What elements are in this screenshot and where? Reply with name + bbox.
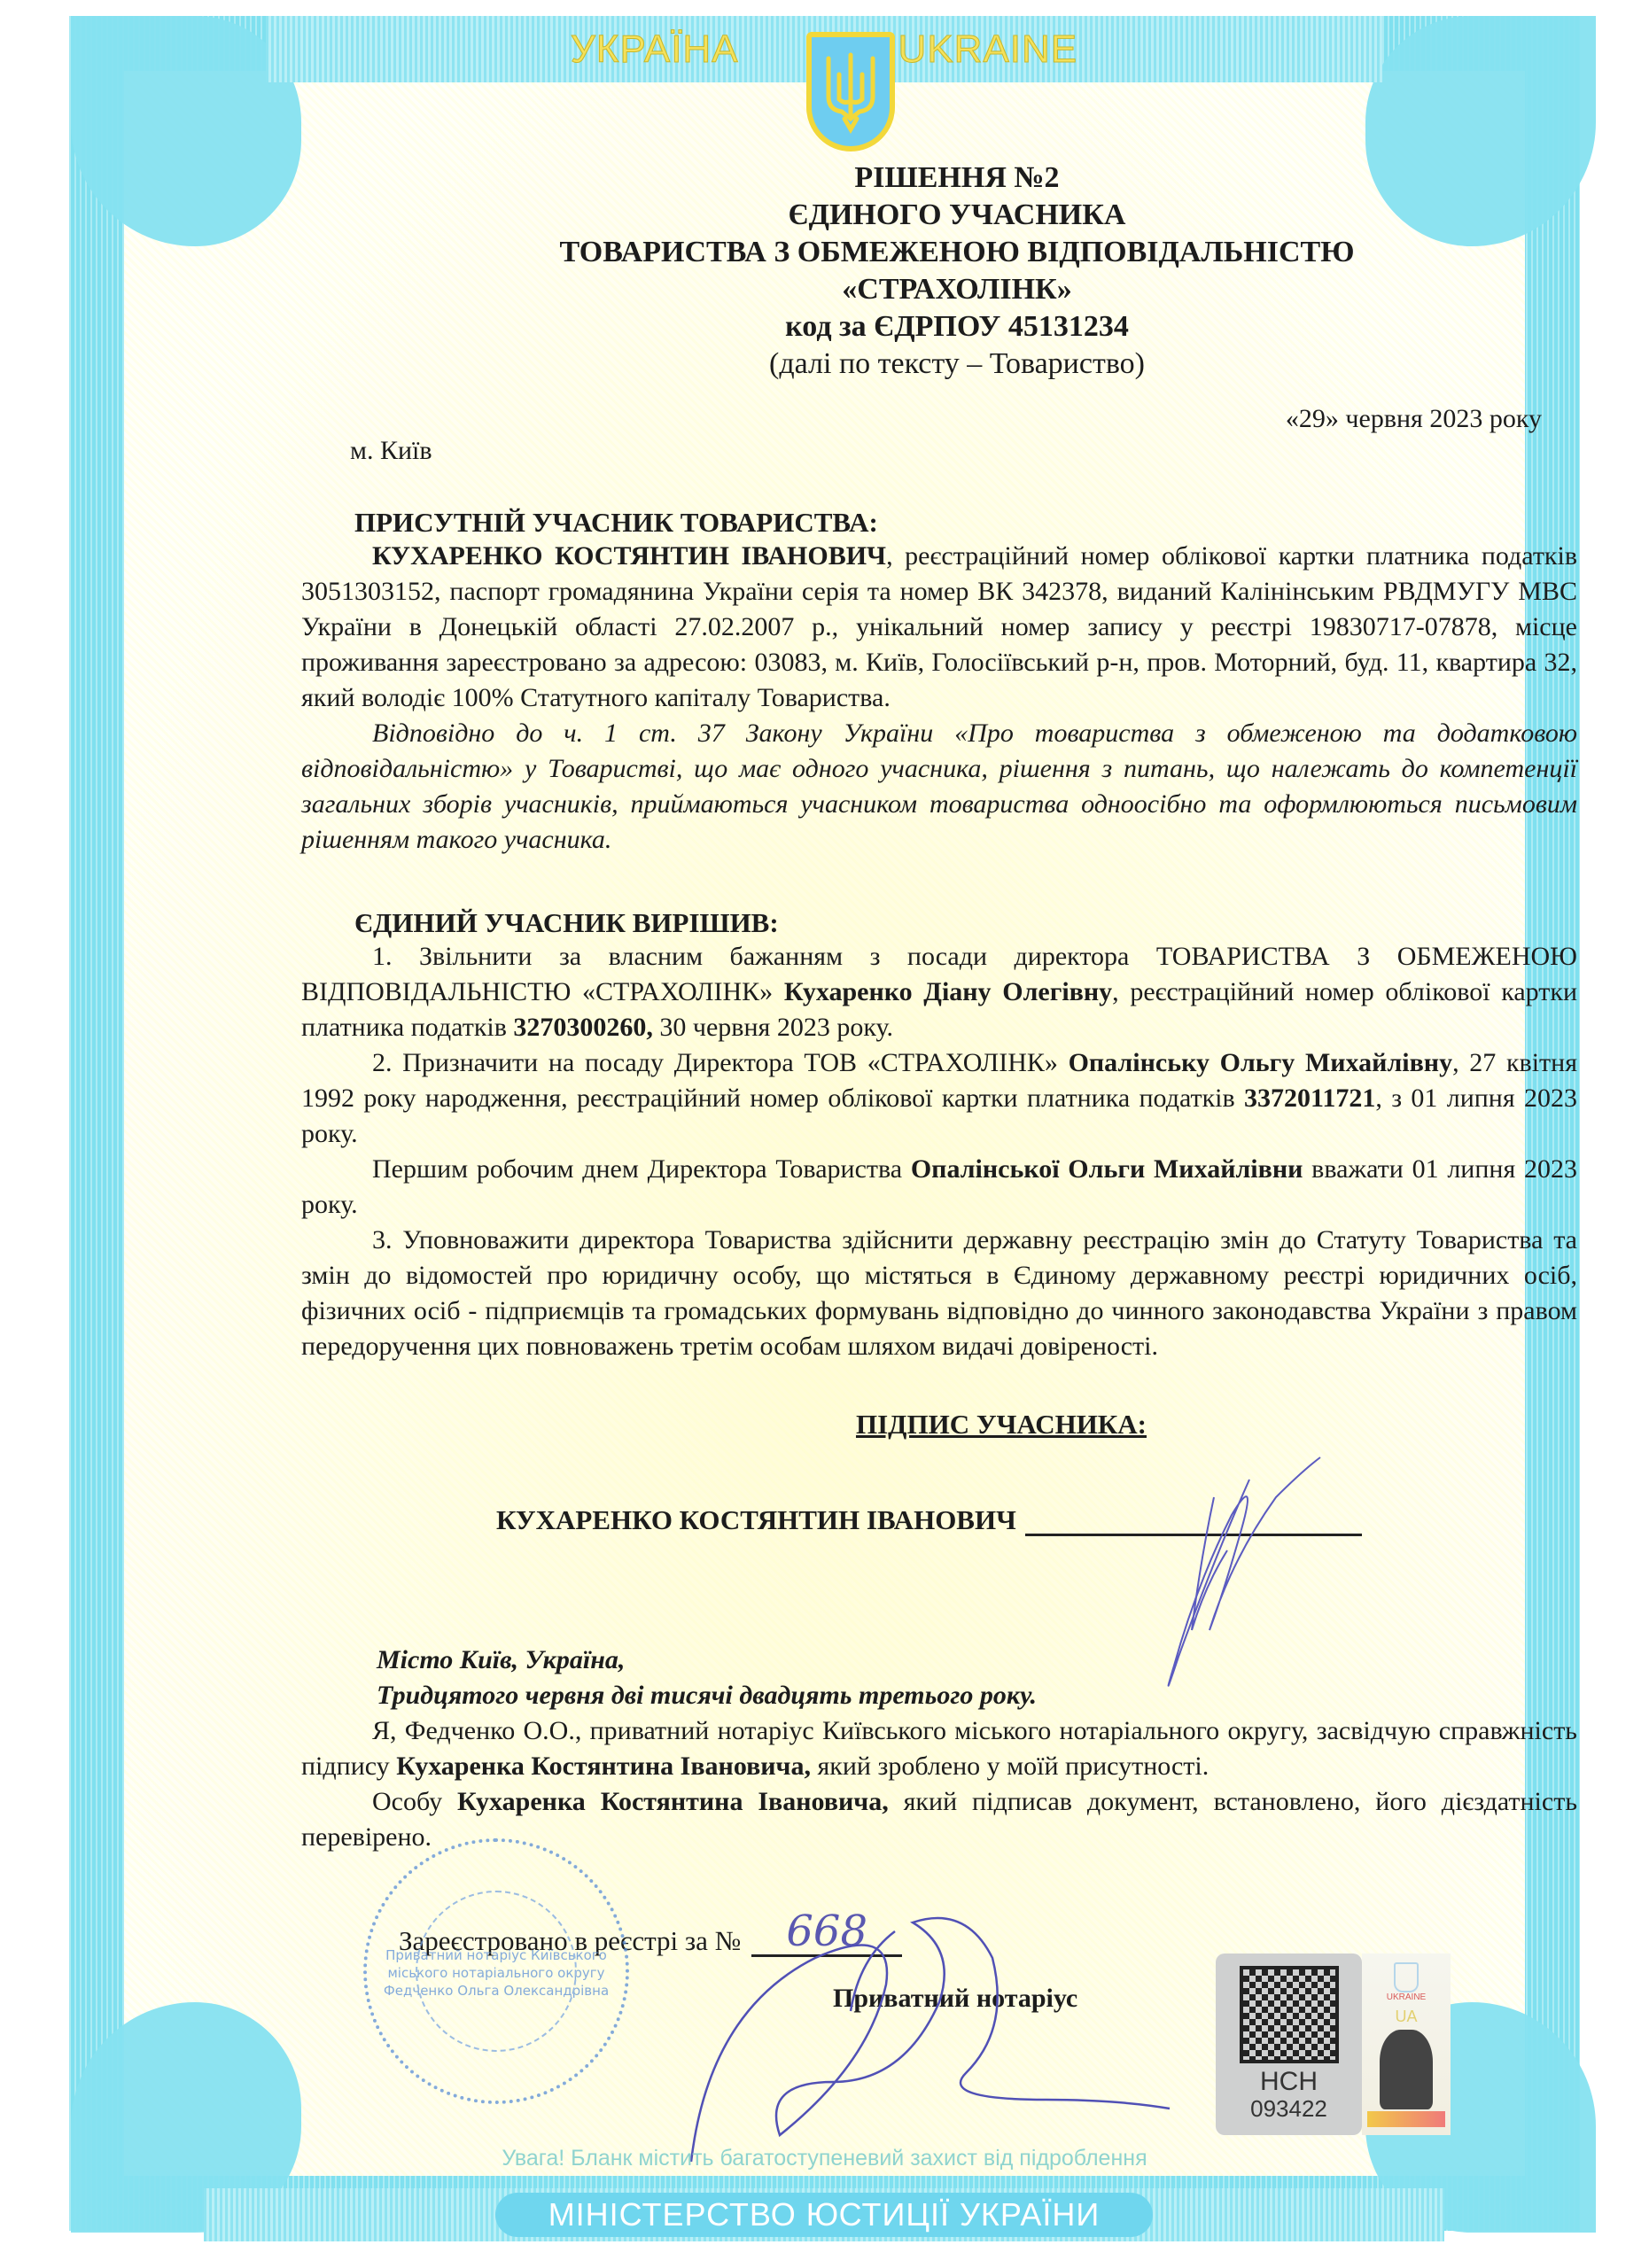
registry-number: 668 [751, 1908, 902, 1957]
appointed-director-name: Опалінську Ольгу Михайлівну [1069, 1048, 1453, 1077]
anti-forgery-warning: Увага! Бланк містить багатоступеневий за… [0, 2146, 1649, 2171]
dismissed-director-name: Кухаренко Діану Олегівну [784, 977, 1112, 1006]
notary-seal-icon: Приватний нотаріус Київського міського н… [363, 1838, 629, 2104]
signature-row: КУХАРЕНКО КОСТЯНТИН ІВАНОВИЧ [496, 1504, 1577, 1536]
cert-text: Особу [372, 1787, 457, 1816]
ribbon-icon [1367, 2111, 1445, 2127]
present-member-heading: ПРИСУТНІЙ УЧАСНИК ТОВАРИСТВА: [354, 507, 1577, 539]
notary-date-words: Тридцятого червня дві тисячі двадцять тр… [377, 1678, 1577, 1713]
item-text: 2. Призначити на посаду Директора ТОВ «С… [372, 1048, 1069, 1077]
notary-certification-text: Я, Федченко О.О., приватний нотаріус Киї… [301, 1713, 1577, 1784]
stamp-text: Приватний нотаріус Київського міського н… [367, 1946, 626, 2000]
title-company-name: «СТРАХОЛІНК» [337, 271, 1577, 308]
place: м. Київ [350, 436, 432, 466]
bottom-band: МІНІСТЕРСТВО ЮСТИЦІЇ УКРАЇНИ [204, 2188, 1444, 2241]
title-sole-member: ЄДИНОГО УЧАСНИКА [337, 197, 1577, 234]
member-name: КУХАРЕНКО КОСТЯНТИН ІВАНОВИЧ [372, 541, 886, 571]
item-text: 30 червня 2023 року. [653, 1013, 893, 1042]
mark-ua-label: UA [1362, 2008, 1451, 2026]
band-text-ukraine-en: UKRAINE [898, 27, 1078, 72]
signature-heading: ПІДПИС УЧАСНИКА: [425, 1409, 1577, 1441]
signature-line [1025, 1509, 1362, 1536]
coat-of-arms-icon [806, 32, 895, 151]
hologram-number: 093422 [1250, 2095, 1327, 2123]
present-member-paragraph: КУХАРЕНКО КОСТЯНТИН ІВАНОВИЧ, реєстрацій… [301, 539, 1577, 716]
title-note: (далі по тексту – Товариство) [337, 346, 1577, 383]
ministry-label: МІНІСТЕРСТВО ЮСТИЦІЇ УКРАЇНИ [495, 2193, 1154, 2237]
coat-of-arms-icon [1394, 1962, 1419, 1992]
appointed-director-name-genitive: Опалінської Ольги Михайлівни [911, 1154, 1303, 1184]
document-body: РІШЕННЯ №2 ЄДИНОГО УЧАСНИКА ТОВАРИСТВА З… [301, 159, 1577, 2014]
place-date-row: м. Київ «29» червня 2023 року [301, 400, 1577, 471]
mark-ukraine-label: UKRAINE [1362, 1992, 1451, 2002]
first-working-day: Першим робочим днем Директора Товариства… [301, 1152, 1577, 1223]
decision-item-2: 2. Призначити на посаду Директора ТОВ «С… [301, 1045, 1577, 1152]
decision-item-1: 1. Звільнити за власним бажанням з посад… [301, 939, 1577, 1045]
identified-person-name: Кухаренка Костянтина Івановича, [457, 1787, 889, 1816]
title-edrpou: код за ЄДРПОУ 45131234 [337, 308, 1577, 346]
notary-title: Приватний нотаріус [833, 1984, 1577, 2014]
document-title: РІШЕННЯ №2 ЄДИНОГО УЧАСНИКА ТОВАРИСТВА З… [337, 159, 1577, 383]
cert-text: який зроблено у моїй присутності. [811, 1751, 1209, 1781]
document-date: «29» червня 2023 року [1286, 404, 1542, 434]
notary-city: Місто Київ, Україна, [377, 1643, 1577, 1678]
hologram-sticker: НСН 093422 [1216, 1953, 1362, 2135]
hologram-series: НСН [1260, 2069, 1318, 2095]
item-text: Першим робочим днем Директора Товариства [372, 1154, 911, 1184]
legal-basis-paragraph: Відповідно до ч. 1 ст. 37 Закону України… [301, 716, 1577, 858]
certified-person-name: Кухаренка Костянтина Івановича, [396, 1751, 811, 1781]
dismissed-director-tax-id: 3270300260, [513, 1013, 653, 1042]
decision-heading: ЄДИНИЙ УЧАСНИК ВИРІШИВ: [354, 907, 1577, 939]
title-company-type: ТОВАРИСТВА З ОБМЕЖЕНОЮ ВІДПОВІДАЛЬНІСТЮ [337, 234, 1577, 271]
qr-code-icon [1240, 1966, 1339, 2063]
appointed-director-tax-id: 3372011721 [1244, 1084, 1375, 1113]
decision-item-3: 3. Уповноважити директора Товариства зді… [301, 1223, 1577, 1364]
signer-name: КУХАРЕНКО КОСТЯНТИН ІВАНОВИЧ [496, 1504, 1016, 1536]
security-mark: UKRAINE UA [1362, 1953, 1451, 2135]
band-text-ukraine-ua: УКРАЇНА [571, 27, 739, 72]
title-decision-number: РІШЕННЯ №2 [337, 159, 1577, 197]
monument-figure-icon [1380, 2030, 1433, 2109]
trident-icon [820, 48, 882, 136]
